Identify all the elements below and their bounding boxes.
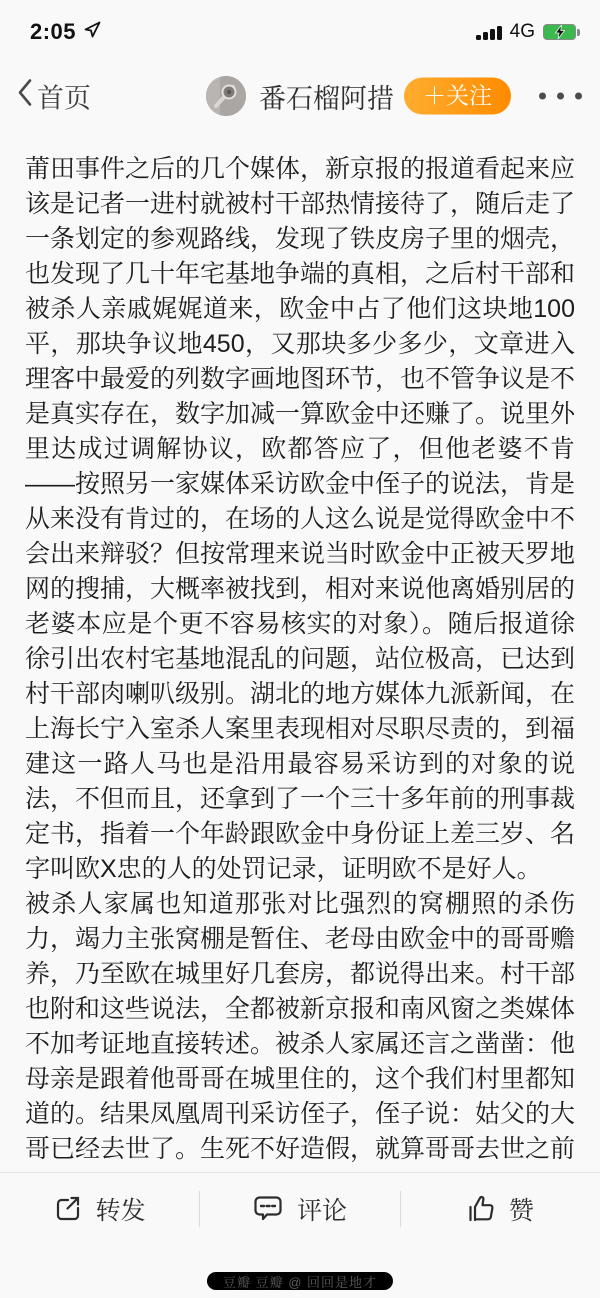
- battery-charging-icon: [543, 24, 580, 40]
- location-arrow-icon: [83, 20, 102, 44]
- status-time: 2:05: [30, 19, 76, 45]
- cellular-signal-icon: [476, 25, 502, 40]
- status-right: 4G: [476, 21, 580, 43]
- back-label: 首页: [37, 77, 91, 116]
- watermark-pill: 豆瓣 豆瓣 @ 回回是地才: [207, 1272, 393, 1290]
- nav-bar: 首页 番石榴阿措 ＋关注: [0, 58, 600, 134]
- repost-button[interactable]: 转发: [0, 1191, 199, 1227]
- repost-icon: [54, 1195, 82, 1223]
- post-paragraph: 莆田事件之后的几个媒体，新京报的报道看起来应该是记者一进村就被村干部热情接待了，…: [25, 152, 575, 887]
- comment-icon: [253, 1195, 283, 1223]
- post-body: 莆田事件之后的几个媒体，新京报的报道看起来应该是记者一进村就被村干部热情接待了，…: [0, 134, 600, 1167]
- watermark-text: 豆瓣 豆瓣 @ 回回是地才: [223, 1272, 377, 1291]
- follow-button[interactable]: ＋关注: [404, 78, 511, 115]
- status-left: 2:05: [30, 19, 102, 45]
- action-toolbar: 转发 评论 赞: [0, 1172, 600, 1244]
- profile-header[interactable]: 番石榴阿措: [206, 76, 394, 116]
- post-paragraph: 被杀人家属也知道那张对比强烈的窝棚照的杀伤力，竭力主张窝棚是暂住、老母由欧金中的…: [25, 887, 575, 1167]
- back-button[interactable]: 首页: [16, 77, 91, 116]
- like-label: 赞: [509, 1191, 534, 1227]
- more-icon[interactable]: [539, 93, 582, 100]
- thumbs-up-icon: [467, 1195, 495, 1223]
- chevron-left-icon: [16, 78, 34, 115]
- network-type: 4G: [510, 21, 535, 43]
- comment-label: 评论: [297, 1191, 347, 1227]
- comment-button[interactable]: 评论: [200, 1191, 399, 1227]
- status-bar: 2:05 4G: [0, 0, 600, 58]
- like-button[interactable]: 赞: [401, 1191, 600, 1227]
- nav-right: ＋关注: [404, 78, 582, 115]
- repost-label: 转发: [96, 1191, 146, 1227]
- username: 番石榴阿措: [259, 77, 394, 116]
- avatar[interactable]: [206, 76, 246, 116]
